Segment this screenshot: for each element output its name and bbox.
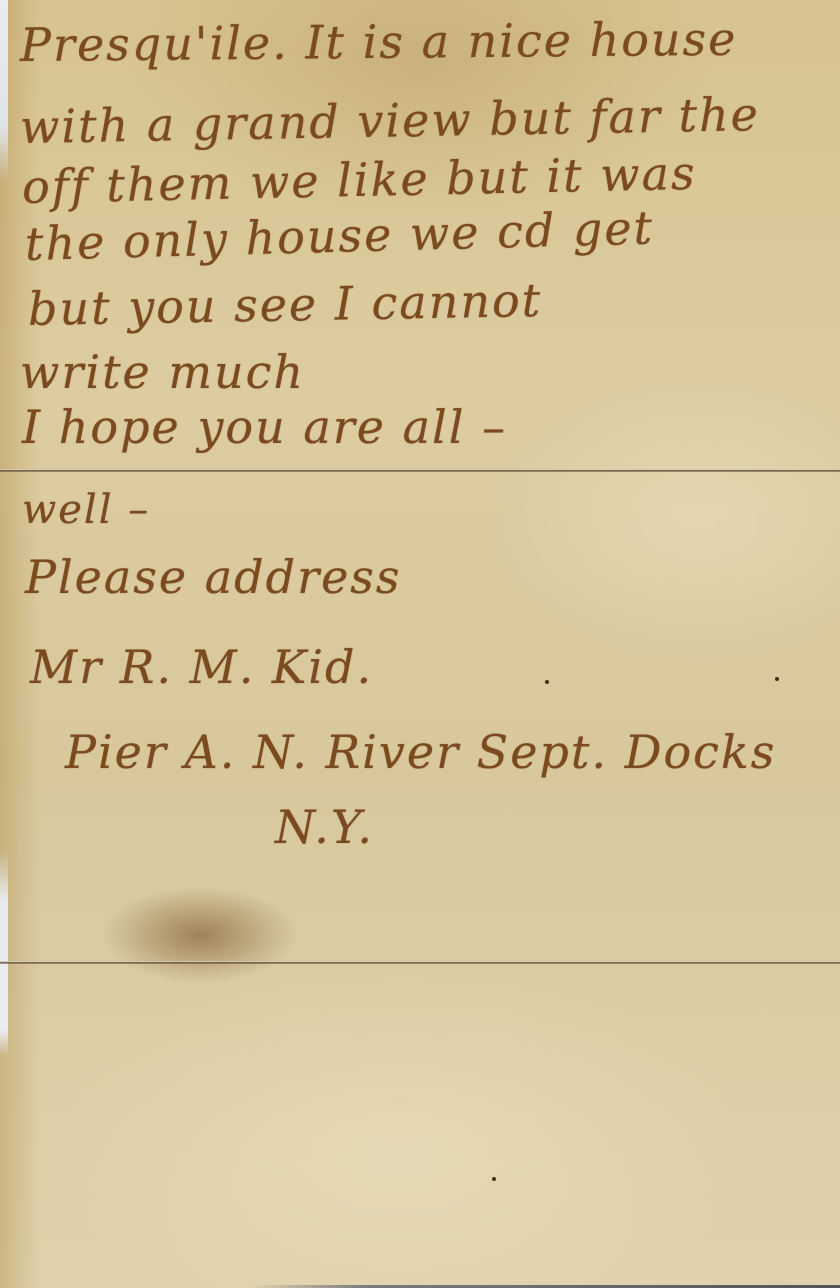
paper-edge [0, 0, 8, 1288]
fold-crease-lower [0, 961, 840, 964]
address-name: Mr R. M. Kid. [30, 640, 373, 694]
letter-line-6: write much [20, 345, 305, 399]
letter-line-1: Presqu'ile. It is a nice house [20, 12, 738, 72]
ink-speck [492, 1177, 496, 1181]
letter-paper: Presqu'ile. It is a nice house with a gr… [0, 0, 840, 1288]
letter-line-2: with a grand view but far the [20, 87, 761, 154]
letter-line-7: I hope you are all – [22, 400, 507, 454]
fold-crease-upper [0, 469, 840, 472]
letter-line-5: but you see I cannot [28, 273, 543, 336]
letter-line-8: well – [22, 487, 150, 533]
address-city: N.Y. [275, 800, 374, 854]
ink-speck [545, 680, 549, 684]
letter-line-9: Please address [25, 550, 402, 604]
address-street: Pier A. N. River Sept. Docks [65, 725, 776, 779]
ink-speck [775, 677, 779, 681]
